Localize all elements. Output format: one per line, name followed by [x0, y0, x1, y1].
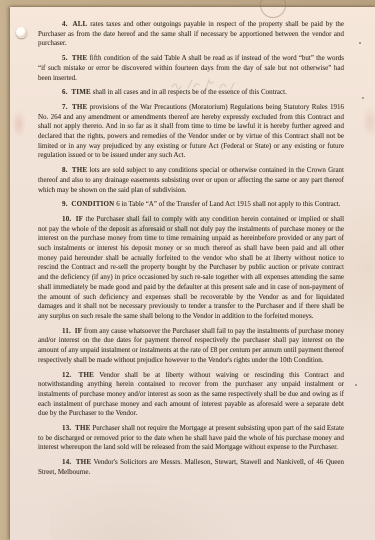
- clause-lead-word: THE: [72, 54, 87, 62]
- clause-9: 9. CONDITION 6 in Table “A” of the Trans…: [38, 200, 344, 210]
- clause-14: 14. THE Vendor's Solicitors are Messrs. …: [38, 458, 344, 477]
- paperclip-arc-mark: [260, 0, 286, 18]
- clause-text: from any cause whatsoever the Purchaser …: [38, 327, 344, 364]
- clause-lead-word: IF: [76, 215, 83, 223]
- clause-number: 7.: [62, 103, 68, 111]
- clause-12: 12. THE Vendor shall be at liberty witho…: [38, 371, 344, 420]
- contract-clauses: 4. ALL rates taxes and other outgoings p…: [38, 20, 344, 483]
- clause-lead-word: CONDITION: [71, 200, 114, 208]
- clause-13: 13. THE Purchaser shall not require the …: [38, 424, 344, 453]
- clause-lead-word: THE: [72, 103, 87, 111]
- clause-lead-word: THE: [79, 371, 94, 379]
- clause-number: 14.: [62, 458, 71, 466]
- clause-8: 8. THE lots are sold subject to any cond…: [38, 166, 344, 195]
- clause-4: 4. ALL rates taxes and other outgoings p…: [38, 20, 344, 49]
- clause-5: 5. THE fifth condition of the said Table…: [38, 54, 344, 83]
- clause-text: provisions of the War Precautions (Morat…: [38, 103, 344, 160]
- clause-text: 6 in Table “A” of the Transfer of Land A…: [116, 200, 340, 208]
- clause-text: shall in all cases and in all respects b…: [93, 88, 287, 96]
- clause-number: 8.: [62, 166, 68, 174]
- clause-lead-word: TIME: [71, 88, 90, 96]
- margin-smudge-right: [362, 107, 375, 137]
- hole-punch: [16, 27, 27, 38]
- clause-number: 12.: [62, 371, 71, 379]
- clause-lead-word: THE: [75, 424, 90, 432]
- clause-number: 4.: [62, 20, 68, 28]
- clause-number: 6.: [62, 88, 68, 96]
- paper-speck: [359, 42, 361, 44]
- clause-lead-word: THE: [72, 166, 87, 174]
- clause-7: 7. THE provisions of the War Precautions…: [38, 103, 344, 161]
- margin-smudge-left: [12, 110, 26, 138]
- clause-10: 10. IF the Purchaser shall fail to compl…: [38, 215, 344, 322]
- age-stain: [50, 480, 250, 540]
- clause-lead-word: IF: [75, 327, 82, 335]
- clause-text: the Purchaser shall fail to comply with …: [38, 215, 344, 320]
- clause-6: 6. TIME shall in all cases and in all re…: [38, 88, 344, 98]
- clause-number: 9.: [62, 200, 68, 208]
- scanned-contract-page: { "page": { "colors": { "background": "#…: [0, 0, 375, 540]
- clause-number: 11.: [62, 327, 71, 335]
- clause-number: 5.: [62, 54, 68, 62]
- clause-lead-word: THE: [76, 458, 91, 466]
- clause-number: 10.: [62, 215, 71, 223]
- clause-number: 13.: [62, 424, 71, 432]
- clause-11: 11. IF from any cause whatsoever the Pur…: [38, 327, 344, 366]
- clause-lead-word: ALL: [72, 20, 87, 28]
- paper-speck: [355, 384, 357, 386]
- paper-speck: [362, 97, 364, 99]
